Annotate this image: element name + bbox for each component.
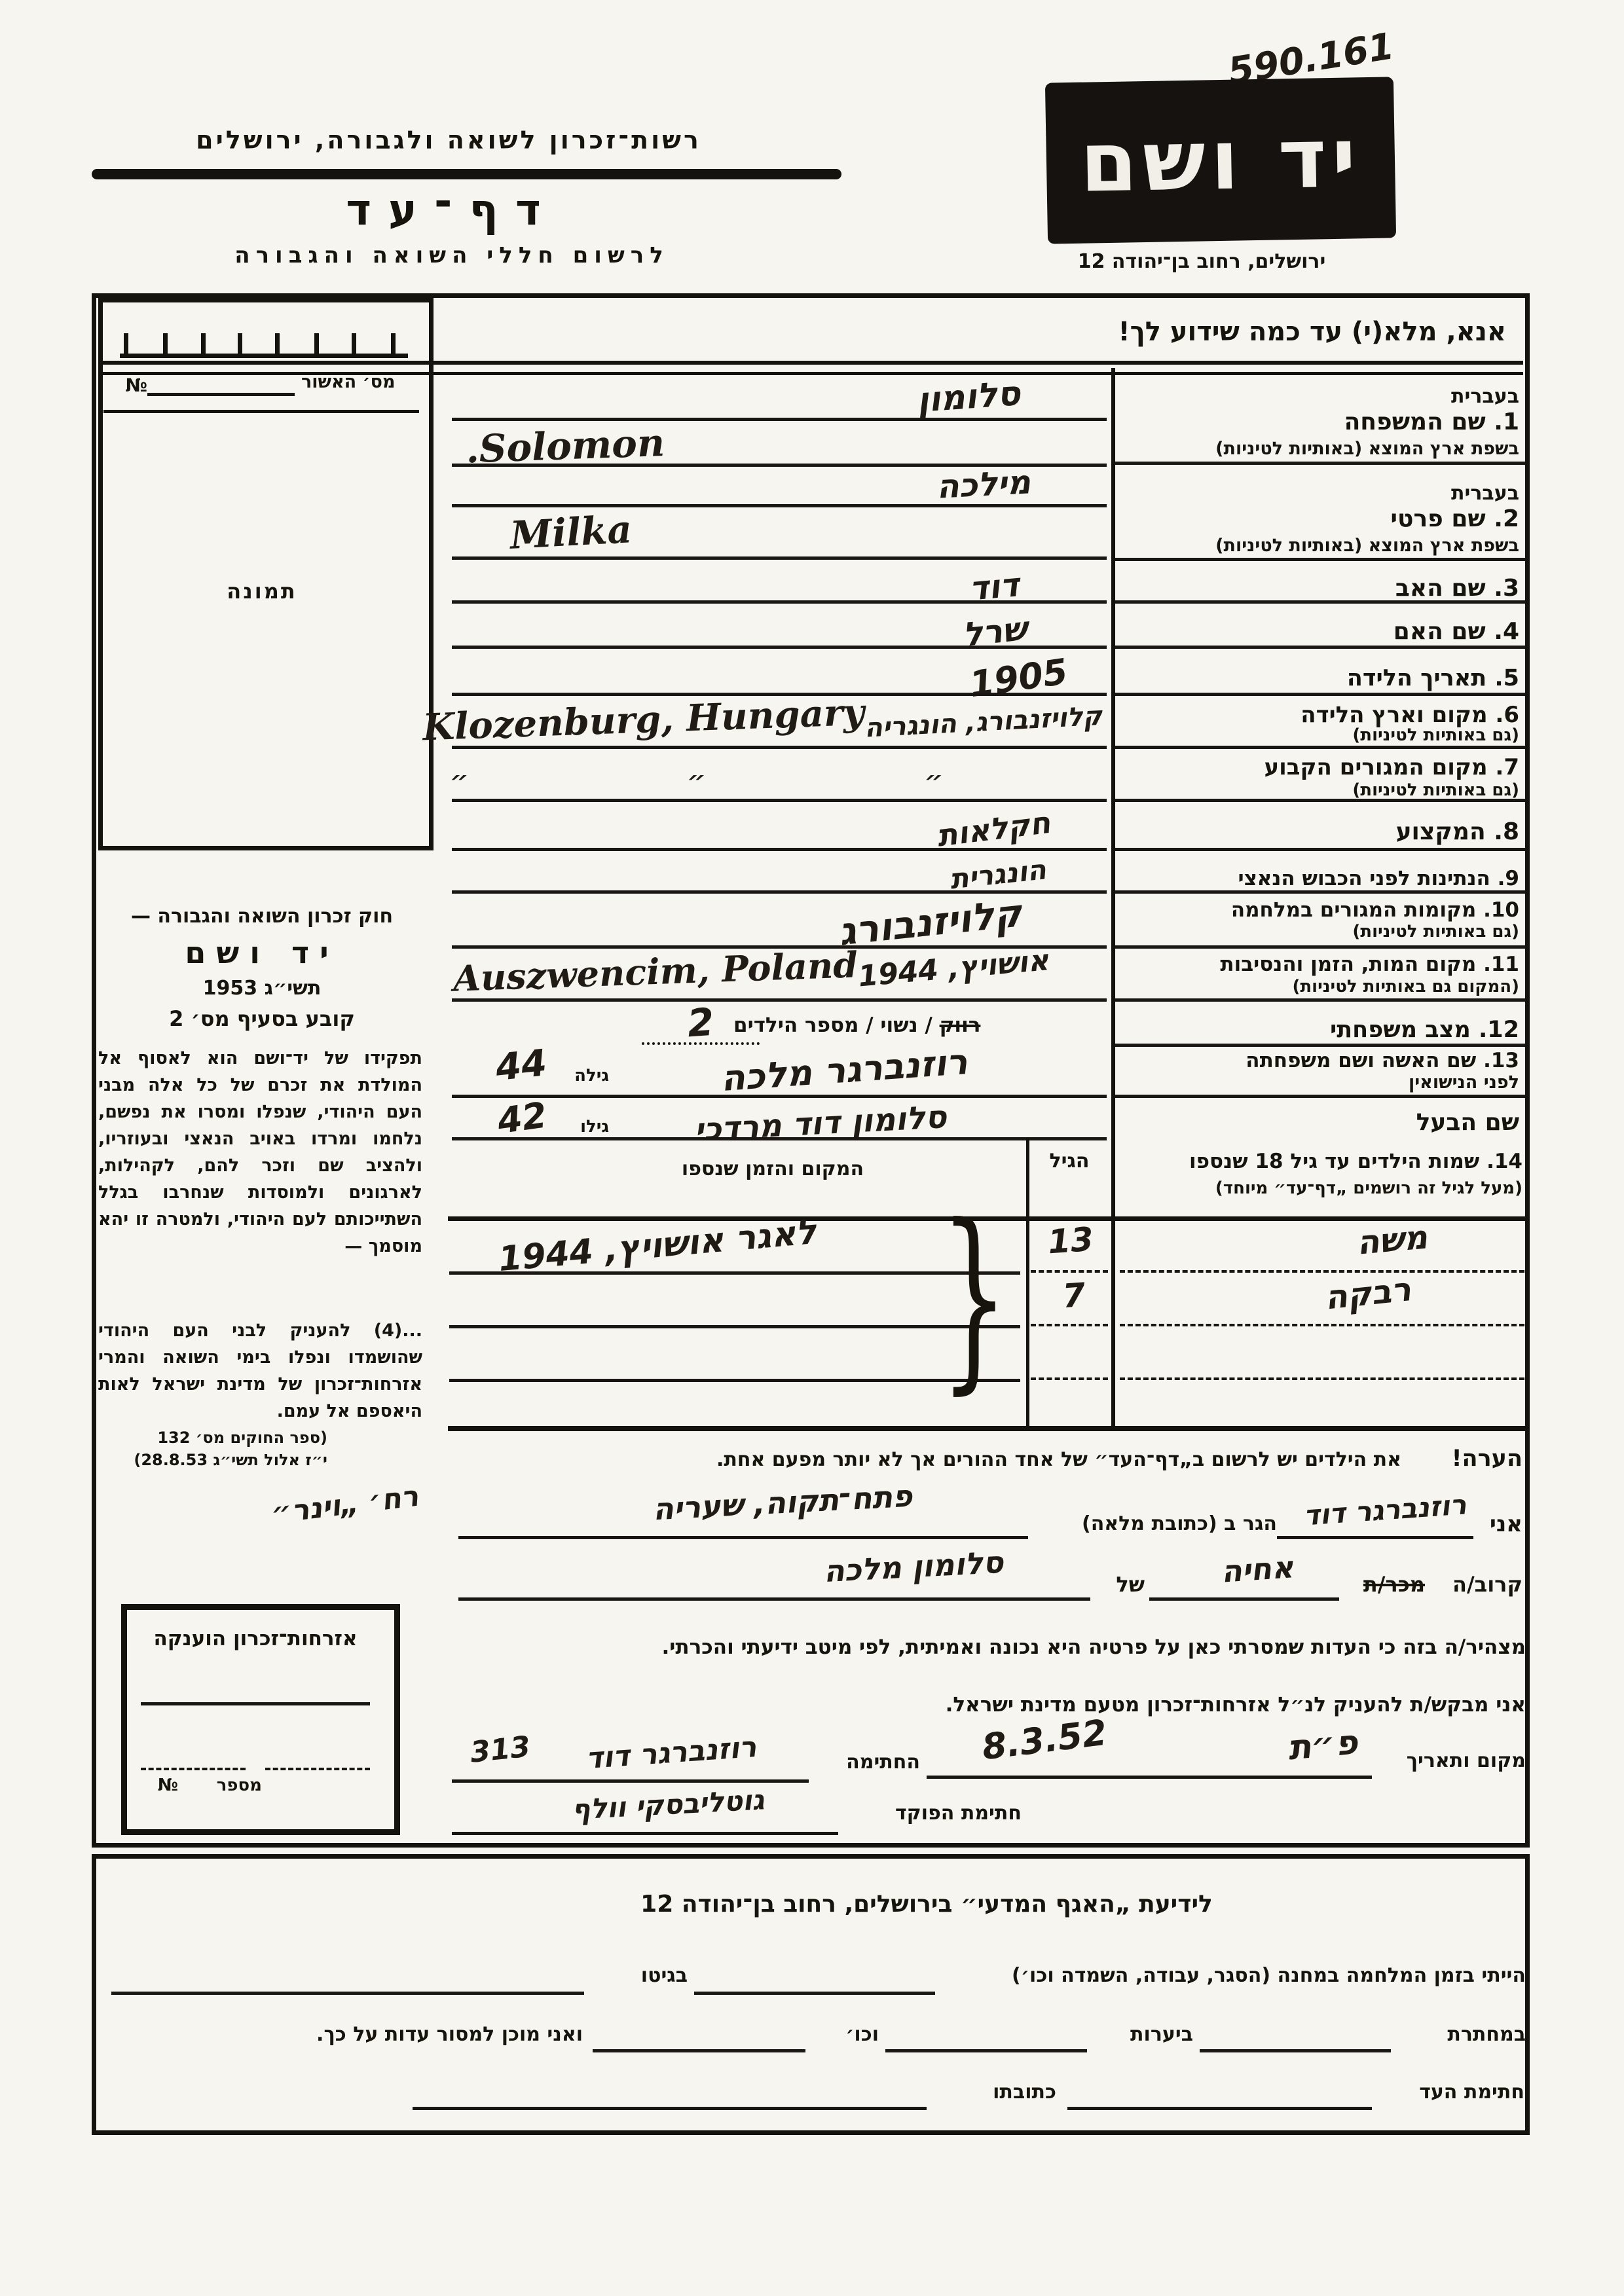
- child2-age-line: [1031, 1324, 1108, 1326]
- line-death-place: [452, 998, 1107, 1002]
- row3-separator: [1115, 600, 1525, 604]
- testimony-page-scan: 590.161 רשות־זכרון לשואה ולגבורה, ירושלי…: [0, 0, 1624, 2296]
- signature-label: החתימה: [812, 1751, 920, 1774]
- relation-struck-label: מכר/ת: [1341, 1573, 1425, 1597]
- marital-options: רווק / נשוי / מספר הילדים: [733, 1013, 1100, 1038]
- line-first-name-hebrew: [452, 504, 1107, 507]
- photo-box-header-rule: [103, 410, 419, 413]
- witness-address-line: [458, 1536, 1028, 1539]
- ghetto-label: בגיטו: [593, 1964, 688, 1987]
- line-mother-name: [452, 646, 1107, 649]
- ghetto-line: [111, 1992, 584, 1995]
- approval-number-symbol: №: [118, 374, 147, 396]
- row4-separator: [1115, 646, 1525, 649]
- row9-label: 9. הנתינות לפני הכבוש הנאצי: [1123, 867, 1519, 891]
- row7-sub-label: (גם באותיות לטיניות): [1123, 780, 1519, 801]
- row6-sub-label: (גם באותיות לטיניות): [1123, 725, 1519, 746]
- row4-label: 4. שם האם: [1231, 618, 1519, 646]
- place-date-line: [927, 1776, 1372, 1779]
- witness-address-footer-label: כתובתו: [935, 2081, 1056, 2104]
- law-title-line: חוק זכרון השואה והגבורה —: [98, 905, 426, 928]
- line-children-count: [642, 1042, 760, 1045]
- camp-label: הייתי בזמן המלחמה במחנה (הסגר, עבודה, הש…: [943, 1964, 1526, 1987]
- child1-place-line: [449, 1271, 1020, 1275]
- child2-age: 7: [1043, 1275, 1105, 1317]
- citizenship-title: אזרחות־זכרון הוענקה: [138, 1627, 373, 1651]
- line-husband-name: [452, 1137, 1107, 1140]
- row2-sub-label: בשפת ארץ המוצא (באותיות לטיניות): [1123, 536, 1519, 556]
- law-clause: ‏...(4) להעניק לבני העם היהודי שהושמדו ו…: [98, 1317, 422, 1425]
- law-body: תפקידו של יד־ושם הוא לאסוף אל המולדת את …: [98, 1045, 422, 1260]
- row2-pre-label: בעברית: [1362, 482, 1519, 505]
- perforation-tick: [352, 333, 356, 357]
- row8-separator: [1115, 848, 1525, 851]
- declaration-request: אני מבקש/ת להעניק לנ״ל אזרחות־זכרון מטעם…: [838, 1693, 1526, 1717]
- row5-separator: [1115, 693, 1525, 696]
- value-residence-ditto: ״ ״ ״: [524, 766, 1048, 796]
- row2-separator: [1115, 558, 1525, 561]
- children-age-column-divider: [1026, 1137, 1029, 1426]
- form-title: דף־עד: [308, 185, 596, 236]
- row1-separator: [1115, 462, 1525, 465]
- forests-line: [885, 2049, 1087, 2052]
- line-birthplace: [452, 746, 1107, 749]
- row11-separator: [1115, 998, 1525, 1002]
- witness-name-line: [1277, 1536, 1473, 1539]
- note-text: את הילדים יש לרשום ב„דף־העד״ של אחד ההור…: [413, 1448, 1401, 1471]
- children-age-column-header: הגיל: [1033, 1150, 1106, 1173]
- child1-age: 13: [1040, 1220, 1101, 1262]
- citizenship-number-label: מספר: [196, 1776, 262, 1796]
- witness-signature-line: [1067, 2107, 1372, 2110]
- row12-separator: [1115, 1044, 1525, 1047]
- child2-name-line: [1120, 1324, 1524, 1326]
- row13-label: 13. שם האשה ושם משפחתה: [1123, 1049, 1519, 1073]
- wife-age-value: 44: [483, 1042, 549, 1091]
- witness-address-footer-line: [413, 2107, 927, 2110]
- row2-label: 2. שם פרטי: [1231, 505, 1519, 533]
- row11-sub-label: (המקום גם באותיות לטיניות): [1123, 977, 1519, 997]
- row1-sub-label: בשפת ארץ המוצא (באותיות לטיניות): [1123, 439, 1519, 460]
- row11-label: 11. מקום המות, הזמן והנסיבות: [1123, 953, 1519, 977]
- perforation-tick: [314, 333, 319, 357]
- authority-line: רשות־זכרון לשואה ולגבורה, ירושלים: [160, 126, 737, 155]
- approval-number-line: [147, 393, 295, 396]
- child3-name-line: [1120, 1377, 1524, 1380]
- row10-separator: [1115, 945, 1525, 949]
- etc-line: [593, 2049, 805, 2052]
- logo-address: ירושלים, רחוב בן־יהודה 12: [1008, 250, 1395, 273]
- clerk-signature-label: חתימת הפוקד: [851, 1802, 1022, 1825]
- citizenship-line-2: [265, 1768, 370, 1770]
- children-bottom-rule: [448, 1426, 1525, 1431]
- signature-line: [452, 1779, 809, 1783]
- row3-label: 3. שם האב: [1231, 575, 1519, 602]
- row7-separator: [1115, 799, 1525, 802]
- child1-name-line: [1120, 1270, 1524, 1273]
- witness-signature-label: חתימת העד: [1380, 2081, 1524, 2104]
- perforation-tick: [391, 333, 396, 357]
- photo-placeholder-label: תמונה: [216, 579, 308, 604]
- child3-place-line: [449, 1379, 1020, 1382]
- wife-age-label: גילה: [550, 1066, 609, 1086]
- declaration-statement: מצהיר/ה בזה כי העדות שמסרתי כאן על פרטיה…: [419, 1635, 1526, 1660]
- perforation-strip: [120, 354, 408, 358]
- camp-line: [694, 1992, 935, 1995]
- children-group-brace: {: [969, 1206, 1009, 1389]
- approval-number-label: מס׳ האשור: [301, 372, 416, 393]
- line-father-name: [452, 600, 1107, 604]
- footer-heading: לידיעת „האגף המדעי״ בירושלים, רחוב בן־יה…: [458, 1891, 1395, 1918]
- forests-label: ביערות: [1095, 2023, 1193, 2046]
- children-label: 14. שמות הילדים עד גיל 18 שנספו: [1123, 1150, 1522, 1174]
- row8-label: 8. המקצוע: [1231, 818, 1519, 846]
- marital-option-struck: רווק: [940, 1013, 981, 1037]
- line-family-name-hebrew: [452, 418, 1107, 421]
- marital-options-rest: / נשוי / מספר הילדים: [733, 1013, 932, 1037]
- husband-age-label: גילו: [550, 1117, 609, 1137]
- husband-label: שם הבעל: [1297, 1109, 1519, 1137]
- fill-instruction: אנא, מלא(י) עד כמה שידוע לך!: [917, 317, 1506, 348]
- child1-age-line: [1031, 1270, 1108, 1273]
- row10-sub-label: (גם באותיות לטיניות): [1123, 922, 1519, 942]
- note-label: הערה!: [1414, 1446, 1522, 1472]
- citizenship-line-3: [141, 1768, 246, 1770]
- perforation-tick: [238, 333, 242, 357]
- relation-line: [1149, 1597, 1339, 1601]
- value-children-count: 2: [673, 998, 729, 1046]
- children-sub-label: (מעל לגיל זה רושמים „דף־עד״ מיוחד): [1123, 1178, 1522, 1199]
- row13-separator: [1115, 1095, 1525, 1098]
- etc-label: וכו׳: [813, 2023, 879, 2046]
- testimony-ready-label: ואני מוכן למסור עדות על כך.: [108, 2023, 583, 2046]
- yad-vashem-logo-text: יד ושם: [1079, 109, 1362, 211]
- line-profession: [452, 848, 1107, 851]
- place-date-label: מקום ותאריך: [1375, 1749, 1526, 1772]
- line-residence: [452, 799, 1107, 802]
- perforation-tick: [124, 333, 128, 357]
- address-label: הגר ב (כתובת מלאה): [1035, 1512, 1277, 1535]
- subject-name-line: [458, 1597, 1090, 1601]
- row6-label: 6. מקום וארץ הלידה: [1172, 702, 1519, 728]
- children-place-column-header: המקום והזמן שנספו: [589, 1157, 956, 1180]
- row1-pre-label: בעברית: [1362, 385, 1519, 408]
- law-clause-intro: קובע בסעיף מס׳ 2: [98, 1007, 426, 1032]
- clerk-signature-line: [452, 1832, 838, 1835]
- perforation-tick: [163, 333, 168, 357]
- perforation-tick: [201, 333, 206, 357]
- row5-label: 5. תאריך הלידה: [1198, 665, 1519, 692]
- citizenship-line-1: [141, 1702, 370, 1705]
- underground-label: במחתרת: [1398, 2023, 1526, 2046]
- citizenship-number-symbol: №: [145, 1776, 178, 1796]
- child3-age-line: [1031, 1377, 1108, 1380]
- row7-label: 7. מקום המגורים הקבוע: [1153, 754, 1519, 780]
- authority-underline: [92, 169, 841, 179]
- relation-label: קרוב/ה: [1428, 1573, 1522, 1597]
- row12-label: 12. מצב משפחתי: [1231, 1017, 1519, 1044]
- row10-label: 10. מקומות המגורים במלחמה: [1123, 898, 1519, 922]
- child2-place-line: [449, 1325, 1020, 1328]
- underground-line: [1200, 2049, 1391, 2052]
- law-source-line1: (ספר החוקים מס׳ 132: [105, 1429, 327, 1447]
- row9-separator: [1115, 890, 1525, 894]
- of-label: של: [1099, 1573, 1145, 1597]
- row1-label: 1. שם המשפחה: [1231, 409, 1519, 436]
- form-subtitle: לרשום חללי השואה והגבורה: [216, 242, 688, 268]
- label-column-divider: [1111, 368, 1115, 1427]
- yad-vashem-logo: יד ושם: [1045, 77, 1396, 244]
- law-name: יד ושם: [98, 935, 426, 970]
- row6-separator: [1115, 746, 1525, 749]
- law-year: תשי״ג 1953: [98, 977, 426, 1000]
- law-source-line2: י״ז אלול תשי״ג 28.8.53): [98, 1451, 327, 1469]
- perforation-tick: [275, 333, 280, 357]
- line-first-name-latin: [452, 556, 1107, 560]
- row13-sub-label: לפני הנישואין: [1123, 1072, 1519, 1093]
